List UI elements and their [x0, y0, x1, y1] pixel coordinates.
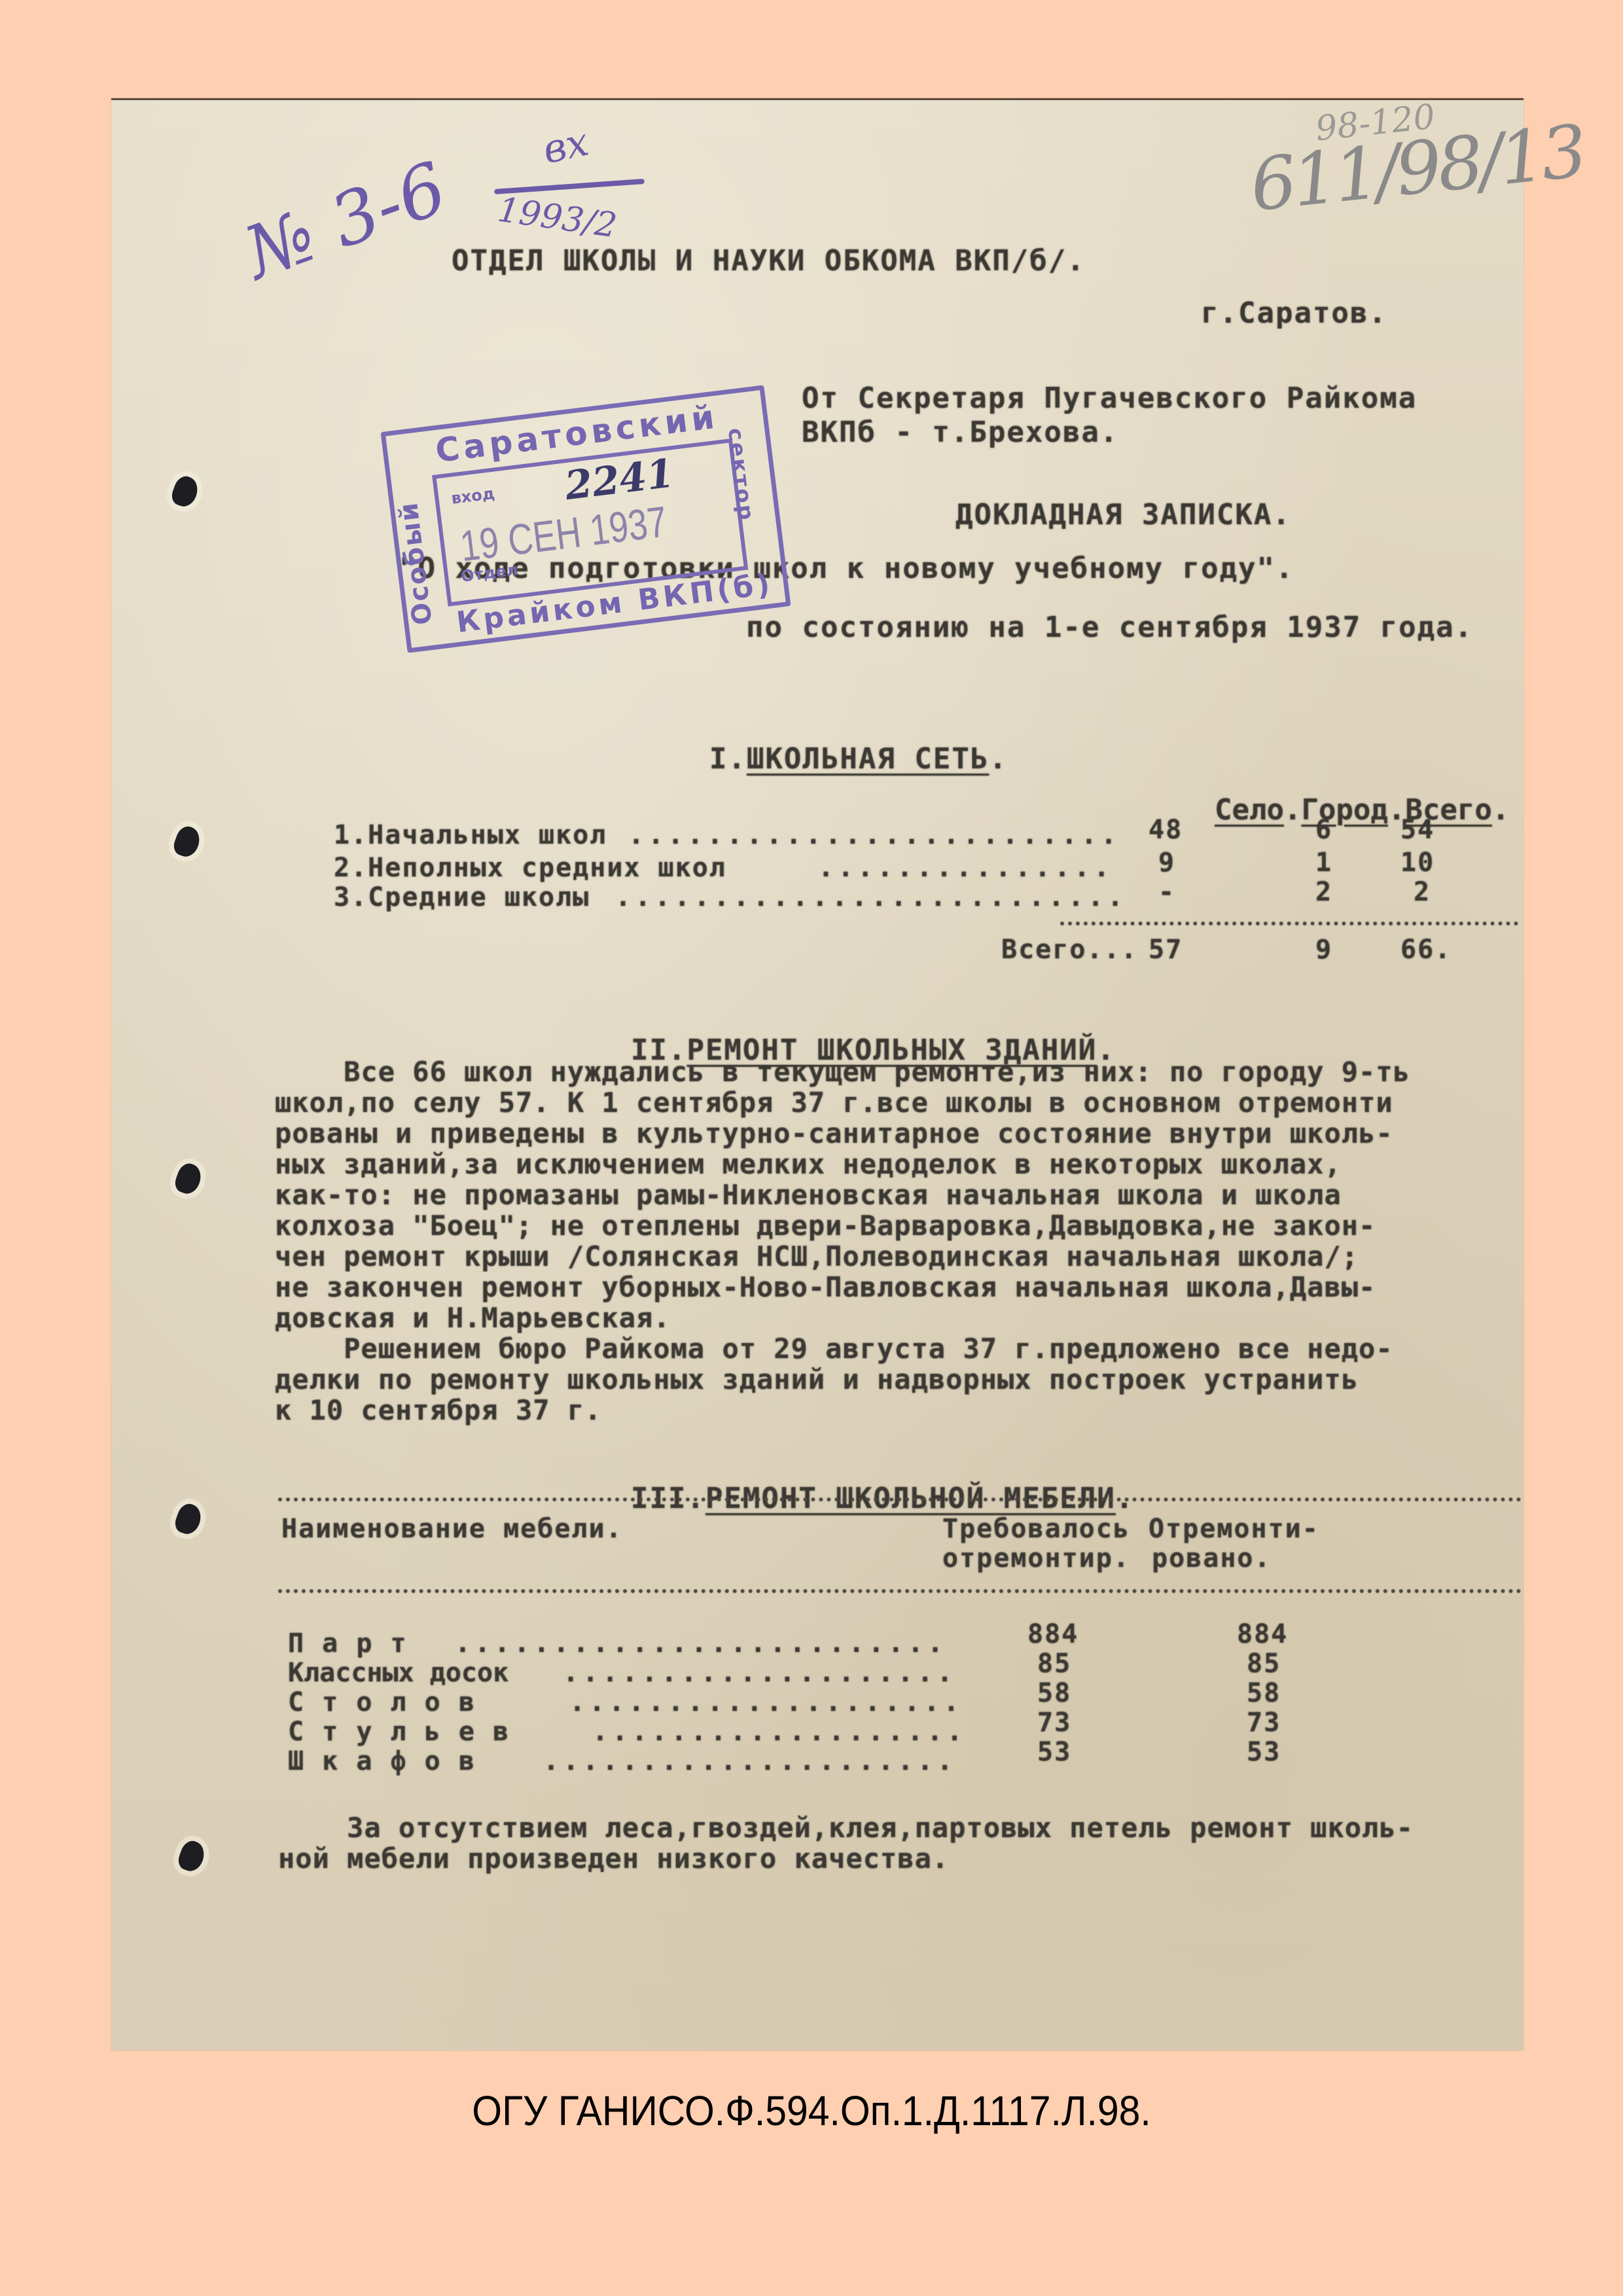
- col-header-gorod: Город: [1301, 793, 1387, 827]
- furniture-table-header-rule: [278, 1589, 1522, 1593]
- binding-hole-icon: [175, 1838, 208, 1874]
- paragraph-line: Все 66 школ нуждались в текущем ремонте,…: [275, 1056, 1410, 1088]
- total-vsego: 66.: [1400, 935, 1452, 965]
- furniture-label: С т у л ь е в: [288, 1717, 510, 1747]
- cell-vsego: 10: [1400, 848, 1435, 878]
- total-gorod: 9: [1315, 935, 1332, 965]
- furniture-label: П а р т: [288, 1628, 408, 1659]
- cell-selo: 9: [1158, 848, 1175, 878]
- section-1-title: ШКОЛЬНАЯ СЕТЬ: [747, 742, 989, 776]
- cell-selo: 48: [1149, 815, 1183, 845]
- handwritten-number-mark: № 3-6: [234, 146, 457, 295]
- addressee-line: ОТДЕЛ ШКОЛЫ И НАУКИ ОБКОМА ВКП/б/.: [452, 244, 1086, 278]
- furniture-done: 73: [1247, 1708, 1281, 1738]
- furniture-col-header-required-2: отремонтир.: [942, 1543, 1130, 1573]
- row-leader-dots: .....................: [543, 1746, 957, 1776]
- row-leader-dots: .........................: [628, 820, 1120, 850]
- paragraph-line: довская и Н.Марьевская.: [275, 1302, 671, 1334]
- row-leader-dots: ....................: [563, 1658, 957, 1688]
- handwritten-fraction-top: вх: [539, 119, 592, 173]
- archive-reference-caption: ОГУ ГАНИСО.Ф.594.Оп.1.Д.1117.Л.98.: [65, 2087, 1558, 2135]
- closing-line: За отсутствием леса,гвоздей,клея,партовы…: [278, 1812, 1414, 1844]
- furniture-required: 58: [1037, 1678, 1071, 1708]
- school-network-column-headers: Село.Город.Всего.: [1145, 760, 1509, 860]
- furniture-col-header-required-1: Требовалось: [942, 1514, 1130, 1544]
- paragraph-line: ных зданий,за исключением мелких недодел…: [275, 1148, 1342, 1180]
- paragraph-line: колхоза "Боец"; не отеплены двери-Варвар…: [275, 1210, 1376, 1242]
- furniture-col-header-done-2: ровано.: [1152, 1543, 1272, 1573]
- from-line-2: ВКПб - т.Брехова.: [802, 416, 1118, 449]
- furniture-required: 73: [1037, 1708, 1071, 1738]
- cell-gorod: 2: [1315, 877, 1332, 907]
- row-leader-dots: ..........................: [615, 882, 1127, 912]
- as-of-date-line: по состоянию на 1-е сентября 1937 года.: [746, 611, 1473, 644]
- document-type-title: ДОКЛАДНАЯ ЗАПИСКА.: [955, 498, 1291, 531]
- paragraph-line: школ,по селу 57. К 1 сентября 37 г.все ш…: [275, 1086, 1393, 1119]
- binding-hole-icon: [169, 473, 202, 510]
- total-selo: 57: [1149, 935, 1183, 965]
- furniture-label: Ш к а ф о в: [288, 1746, 476, 1776]
- row-leader-dots: .........................: [455, 1628, 947, 1659]
- paragraph-line: не закончен ремонт уборных-Ново-Павловск…: [275, 1271, 1376, 1303]
- cell-gorod: 6: [1315, 815, 1332, 845]
- paragraph-line: чен ремонт крыши /Солянская НСШ,Полеводи…: [275, 1240, 1359, 1272]
- furniture-required: 85: [1037, 1649, 1071, 1679]
- registration-stamp: Саратовский Особый сектор Крайком ВКП(б)…: [380, 385, 791, 653]
- section-1-period: .: [989, 742, 1008, 776]
- furniture-done: 85: [1247, 1649, 1281, 1679]
- binding-hole-icon: [171, 823, 204, 860]
- furniture-col-header-name: Наименование мебели.: [281, 1514, 623, 1544]
- cell-vsego: 2: [1414, 877, 1431, 907]
- row-leader-dots: ...............: [818, 853, 1113, 883]
- furniture-label: Классных досок: [288, 1658, 508, 1688]
- row-leader-dots: ....................: [569, 1687, 963, 1717]
- furniture-required: 53: [1037, 1737, 1071, 1767]
- row-label: 3.Средние школы: [334, 882, 590, 912]
- section-1-number: I.: [709, 742, 747, 776]
- paragraph-line: рованы и приведены в культурно-санитарно…: [275, 1117, 1393, 1149]
- archival-document-page: № 3-6 вх 1993/2 611/98/13 98-120 ОТДЕЛ Ш…: [111, 98, 1524, 2051]
- paragraph-line: к 10 сентября 37 г.: [275, 1394, 601, 1426]
- furniture-col-header-done-1: Отремонти-: [1149, 1514, 1319, 1544]
- row-label: 2.Неполных средних школ: [334, 853, 726, 883]
- paragraph-line: Решением бюро Райкома от 29 августа 37 г…: [275, 1333, 1393, 1365]
- cell-selo: -: [1158, 877, 1175, 907]
- binding-hole-icon: [172, 1501, 205, 1537]
- furniture-done: 58: [1247, 1678, 1281, 1708]
- paragraph-line: делки по ремонту школьных зданий и надво…: [275, 1363, 1359, 1395]
- closing-line: ной мебели произведен низкого качества.: [278, 1842, 949, 1874]
- col-header-selo: Село: [1215, 793, 1284, 827]
- furniture-table-top-rule: [278, 1498, 1522, 1501]
- row-label: 1.Начальных школ: [334, 820, 607, 850]
- cell-gorod: 1: [1315, 848, 1332, 878]
- handwritten-fraction-bottom: 1993/2: [495, 190, 620, 246]
- city-line: г.Саратов.: [1201, 296, 1387, 330]
- paragraph-line: как-то: не промазаны рамы-Никленовская н…: [275, 1179, 1342, 1211]
- binding-hole-icon: [172, 1160, 205, 1197]
- total-label: Всего...: [1001, 935, 1138, 965]
- furniture-done: 53: [1247, 1737, 1281, 1767]
- cell-vsego: 54: [1400, 815, 1435, 845]
- furniture-label: С т о л о в: [288, 1687, 476, 1717]
- furniture-done: 884: [1237, 1619, 1288, 1649]
- from-line-1: От Секретаря Пугачевского Райкома: [802, 382, 1417, 415]
- furniture-required: 884: [1027, 1619, 1079, 1649]
- totals-divider: [1060, 922, 1518, 925]
- row-leader-dots: ...................: [592, 1717, 967, 1747]
- section-1-heading: I.ШКОЛЬНАЯ СЕТЬ.: [635, 709, 1008, 809]
